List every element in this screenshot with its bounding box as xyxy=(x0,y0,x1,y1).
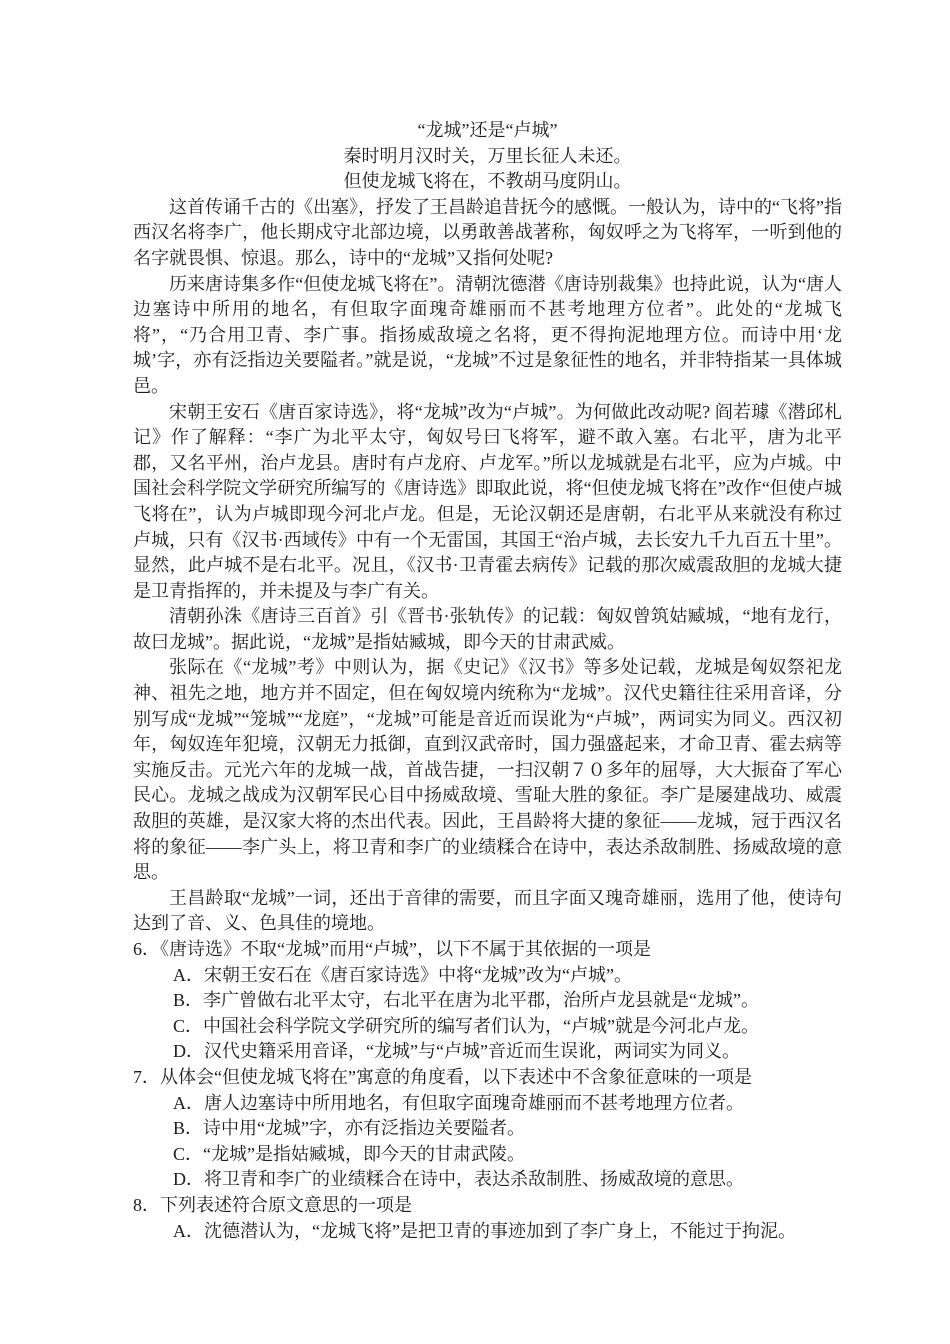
question-7-stem: 7．从体会“但使龙城飞将在”寓意的角度看，以下表述中不含象征意味的一项是 xyxy=(133,1065,842,1091)
question-6-number: 6． xyxy=(133,939,160,959)
question-6-option-b: B．李广曾做右北平太守，右北平在唐为北平郡，治所卢龙县就是“龙城”。 xyxy=(133,988,842,1014)
question-6-option-d: D．汉代史籍采用音译，“龙城”与“卢城”音近而生误讹，两词实为同义。 xyxy=(133,1039,842,1065)
question-7-option-b: B．诗中用“龙城”字，亦有泛指边关要隘者。 xyxy=(133,1116,842,1142)
question-8-stem: 8．下列表述符合原文意思的一项是 xyxy=(133,1193,842,1219)
question-6-option-c: C．中国社会科学院文学研究所的编写者们认为，“卢城”就是今河北卢龙。 xyxy=(133,1014,842,1040)
question-8-option-a: A．沈德潜认为，“龙城飞将”是把卫青的事迹加到了李广身上，不能过于拘泥。 xyxy=(133,1219,842,1245)
poem-line-1: 秦时明月汉时关，万里长征人未还。 xyxy=(133,144,842,170)
paragraph-4: 清朝孙洙《唐诗三百首》引《晋书·张轨传》的记载：匈奴曾筑姑臧城，“地有龙行，故曰… xyxy=(133,604,842,655)
page-title: “龙城”还是“卢城” xyxy=(133,118,842,144)
poem-line-2: 但使龙城飞将在，不教胡马度阴山。 xyxy=(133,169,842,195)
paragraph-1: 这首传诵千古的《出塞》，抒发了王昌龄追昔抚今的感慨。一般认为，诗中的“飞将”指西… xyxy=(133,195,842,272)
question-6-text: 《唐诗选》不取“龙城”而用“卢城”，以下不属于其依据的一项是 xyxy=(160,939,651,959)
paragraph-2: 历来唐诗集多作“但使龙城飞将在”。清朝沈德潜《唐诗别裁集》也持此说，认为“唐人边… xyxy=(133,272,842,400)
question-8: 8．下列表述符合原文意思的一项是 A．沈德潜认为，“龙城飞将”是把卫青的事迹加到… xyxy=(133,1193,842,1244)
question-6-stem: 6．《唐诗选》不取“龙城”而用“卢城”，以下不属于其依据的一项是 xyxy=(133,937,842,963)
question-6-option-a: A．宋朝王安石在《唐百家诗选》中将“龙城”改为“卢城”。 xyxy=(133,963,842,989)
question-8-text: 下列表述符合原文意思的一项是 xyxy=(160,1195,412,1215)
question-7-number: 7． xyxy=(133,1067,160,1087)
question-7: 7．从体会“但使龙城飞将在”寓意的角度看，以下表述中不含象征意味的一项是 A．唐… xyxy=(133,1065,842,1193)
question-6: 6．《唐诗选》不取“龙城”而用“卢城”，以下不属于其依据的一项是 A．宋朝王安石… xyxy=(133,937,842,1065)
question-8-number: 8． xyxy=(133,1195,160,1215)
question-7-text: 从体会“但使龙城飞将在”寓意的角度看，以下表述中不含象征意味的一项是 xyxy=(160,1067,752,1087)
question-7-option-c: C．“龙城”是指姑臧城，即今天的甘肃武陵。 xyxy=(133,1142,842,1168)
paragraph-6: 王昌龄取“龙城”一词，还出于音律的需要，而且字面又瑰奇雄丽，选用了他，使诗句达到… xyxy=(133,886,842,937)
paragraph-5: 张际在《“龙城”考》中则认为，据《史记》《汉书》等多处记载，龙城是匈奴祭祀龙神、… xyxy=(133,655,842,885)
document-page: “龙城”还是“卢城” 秦时明月汉时关，万里长征人未还。 但使龙城飞将在，不教胡马… xyxy=(0,0,950,1344)
question-7-option-a: A．唐人边塞诗中所用地名，有但取字面瑰奇雄丽而不甚考地理方位者。 xyxy=(133,1091,842,1117)
question-7-option-d: D．将卫青和李广的业绩糅合在诗中，表达杀敌制胜、扬威敌境的意思。 xyxy=(133,1167,842,1193)
paragraph-3: 宋朝王安石《唐百家诗选》，将“龙城”改为“卢城”。为何做此改动呢? 阎若璩《潜邱… xyxy=(133,400,842,605)
